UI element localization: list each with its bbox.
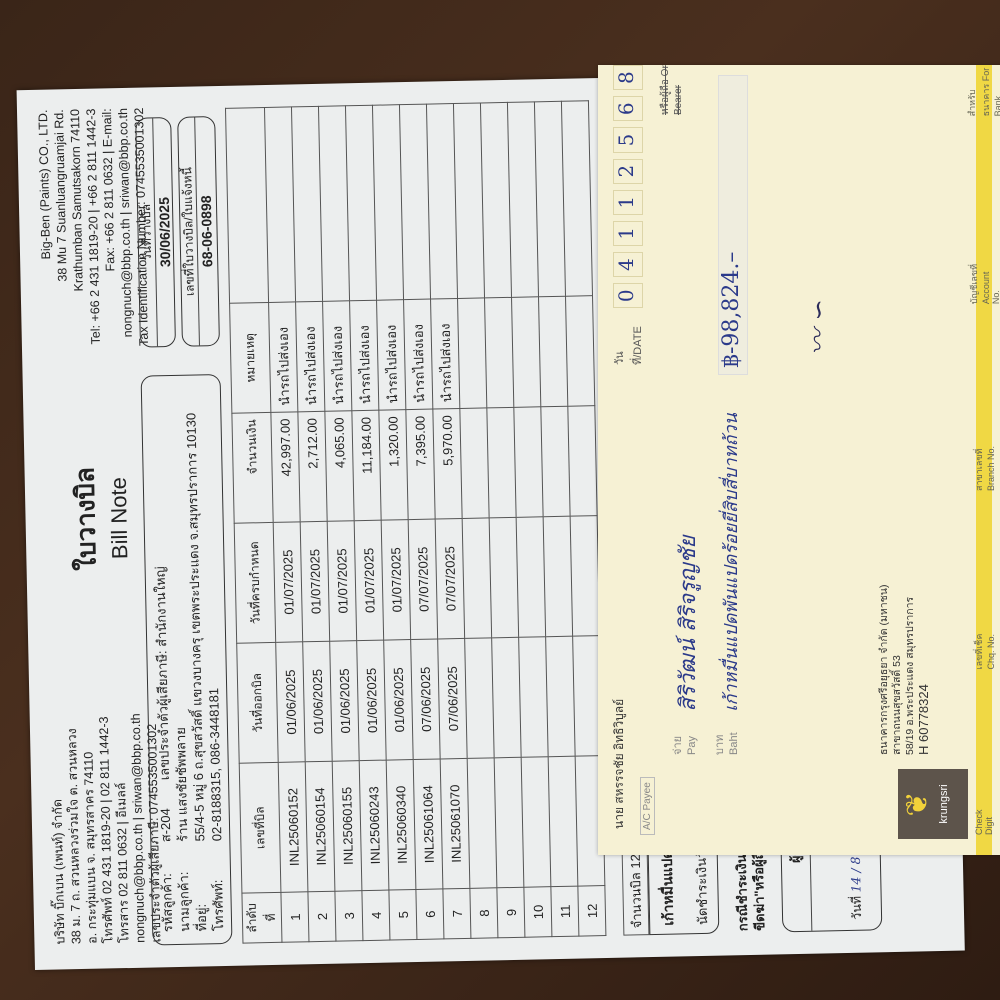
date-label: วันที่/DATE <box>610 314 646 365</box>
date-digit: 8 <box>613 65 643 90</box>
cell-no: 1 <box>281 892 309 943</box>
customer-info-box: รหัสลูกค้า: ส-204 เลขประจำตัวผู้เสียภาษี… <box>141 374 233 946</box>
cell-issued: 01/06/2025 <box>357 640 387 761</box>
cell-due: 07/07/2025 <box>408 519 438 640</box>
header-amount: จำนวนเงิน <box>232 412 273 523</box>
cell-note: นำรถไปส่งเอง <box>350 300 379 411</box>
cell-note: นำรถไปส่งเอง <box>404 299 433 410</box>
header-note: หมายเหตุ <box>230 302 271 413</box>
krungsri-logo: ❦ krungsri <box>898 769 968 839</box>
date-digit: 1 <box>613 221 643 246</box>
customer-phone: 02-8188315, 086-3448181 <box>205 688 225 842</box>
cell-empty <box>345 105 376 301</box>
cell-invoice: INL25060155 <box>332 761 362 892</box>
cell-amount: 4,065.00 <box>325 411 354 522</box>
cell-no: 6 <box>416 889 444 940</box>
pay-label: จ่าย Pay <box>668 715 698 755</box>
branch-line: ธนาคารกรุงศรีอยุธยา จำกัด (มหาชน) <box>878 585 891 755</box>
cell-empty <box>426 104 457 300</box>
cell-invoice: INL25060243 <box>359 760 389 891</box>
cheque-signature: 〰 ∽ <box>798 299 835 355</box>
date-digit: 2 <box>613 159 643 184</box>
header-invoice: เลขที่บิล <box>239 762 281 893</box>
cheque-pay-line: จ่าย Pay สิริวัฒน์ สิริจรูญชัย <box>668 536 705 755</box>
cell-empty <box>561 101 592 297</box>
customer-name-label: นามลูกค้า: <box>174 842 193 932</box>
cell-issued: 01/06/2025 <box>330 641 360 762</box>
cell-empty <box>453 103 484 299</box>
cell-issued: 01/06/2025 <box>276 642 306 763</box>
cell-due: 01/07/2025 <box>273 522 303 643</box>
header-issued: วันที่ออกบิล <box>237 642 279 763</box>
ac-payee-stamp: A/C Payee <box>640 777 655 835</box>
or-bearer-struck: หรือผู้ถือ Or Bearer <box>658 65 684 115</box>
cell-no: 4 <box>362 890 390 941</box>
stripe-label: บัญชีเลขที่ Account No. <box>967 256 1000 304</box>
cheque-bank-stripe: Check Digit เลขที่เช็ค Chq. No. สาขาเลขท… <box>976 65 992 855</box>
cell-amount: 2,712.00 <box>298 411 327 522</box>
stripe-label: Check Digit <box>974 809 994 835</box>
cell-invoice: INL25061064 <box>413 759 443 890</box>
cell-no: 12 <box>578 886 606 937</box>
date-digit: 6 <box>613 96 643 121</box>
cell-issued <box>492 637 522 758</box>
cell-no: 10 <box>524 887 552 938</box>
cell-amount <box>487 407 516 518</box>
cheque-body: นาย สหรรจชัย อิทธิวิบูลย์ A/C Payee จ่าย… <box>598 65 1000 855</box>
cell-invoice <box>548 756 578 887</box>
cell-note <box>512 297 541 408</box>
cell-empty <box>291 106 322 302</box>
cell-empty <box>399 104 430 300</box>
cheque-payer: นาย สหรรจชัย อิทธิวิบูลย์ <box>610 699 629 829</box>
cell-no: 7 <box>443 888 471 939</box>
cheque-date: วันที่/DATE 0 4 1 1 2 5 6 8 <box>610 65 646 365</box>
cell-no: 9 <box>497 887 525 938</box>
cell-issued <box>519 637 549 758</box>
cell-invoice <box>494 757 524 888</box>
cell-no: 2 <box>308 891 336 942</box>
cell-invoice <box>467 758 497 889</box>
cell-amount: 11,184.00 <box>352 410 381 521</box>
cell-amount: 1,320.00 <box>379 410 408 521</box>
header-no: ลำดับที่ <box>242 892 282 943</box>
date-label: วันที่ <box>850 896 864 920</box>
cheque-amount-words: เก้าหมื่นแปดพันแปดร้อยยี่สิบสี่บาทถ้วน <box>721 413 742 711</box>
bill-date-value: 30/06/2025 <box>153 118 176 346</box>
bill-date-box: วันที่วางบิล 30/06/2025 <box>135 117 176 348</box>
cell-issued: 01/06/2025 <box>303 641 333 762</box>
bill-number-box: เลขที่ใบวางบิล/ใบแจ้งหนี้ 68-06-0898 <box>177 116 220 347</box>
cell-invoice: INL25060154 <box>305 761 335 892</box>
cell-invoice: INL25061070 <box>440 758 470 889</box>
bill-number-value: 68-06-0898 <box>195 117 218 345</box>
invoice-table: ลำดับที่ เลขที่บิล วันที่ออกบิล วันที่คร… <box>225 100 606 943</box>
cell-no: 3 <box>335 891 363 942</box>
cheque-payee: สิริวัฒน์ สิริจรูญชัย <box>676 536 701 712</box>
bank-branch-info: ธนาคารกรุงศรีอยุธยา จำกัด (มหาชน) สาขาถน… <box>878 585 930 755</box>
cell-no: 8 <box>470 888 498 939</box>
cell-note <box>485 297 514 408</box>
title-thai: ใบวางบิล <box>64 438 108 599</box>
cell-invoice: INL25060340 <box>386 760 416 891</box>
cell-note <box>539 296 568 407</box>
cell-invoice: INL25060152 <box>278 762 308 893</box>
cell-due: 01/07/2025 <box>300 521 330 642</box>
date-digit: 5 <box>613 127 643 152</box>
cell-issued <box>546 636 576 757</box>
cell-amount: 5,970.00 <box>433 408 462 519</box>
cell-note: นำรถไปส่งเอง <box>269 302 298 413</box>
cell-amount: 42,997.00 <box>271 412 300 523</box>
cheque: นาย สหรรจชัย อิทธิวิบูลย์ A/C Payee จ่าย… <box>598 65 1000 855</box>
header-empty <box>225 108 268 304</box>
cell-amount <box>568 406 597 517</box>
cell-amount <box>514 407 543 518</box>
cell-empty <box>264 107 295 303</box>
cell-empty <box>372 105 403 301</box>
cell-amount: 7,395.00 <box>406 409 435 520</box>
phone-label: โทรศัพท์: <box>208 841 227 931</box>
cell-empty <box>534 101 565 297</box>
cheque-baht-line: บาท Baht เก้าหมื่นแปดพันแปดร้อยยี่สิบสี่… <box>710 413 745 755</box>
customer-code: ส-204 <box>157 808 175 842</box>
cell-invoice <box>521 757 551 888</box>
cell-empty <box>480 102 511 298</box>
cheque-amount: ฿-98,824.– <box>718 75 748 375</box>
cell-no: 5 <box>389 890 417 941</box>
bank-name: krungsri <box>938 769 950 839</box>
cell-due <box>570 516 600 637</box>
document-title: ใบวางบิล Bill Note <box>64 438 134 599</box>
cell-issued: 07/06/2025 <box>438 638 468 759</box>
date-digit: 1 <box>613 190 643 215</box>
baht-label: บาท Baht <box>710 715 740 755</box>
cell-due <box>462 518 492 639</box>
date-digit: 0 <box>613 283 643 308</box>
cell-note <box>566 296 595 407</box>
cell-amount <box>541 406 570 517</box>
header-due: วันที่ครบกำหนด <box>234 522 276 643</box>
cheque-serial: H 60778324 <box>917 585 930 755</box>
cell-amount <box>460 408 489 519</box>
cell-due <box>543 516 573 637</box>
cell-due <box>516 517 546 638</box>
title-english: Bill Note <box>105 438 134 599</box>
cell-issued: 07/06/2025 <box>411 639 441 760</box>
date-digit: 4 <box>613 252 643 277</box>
customer-code-label: รหัสลูกค้า: <box>157 842 176 932</box>
cell-issued: 01/06/2025 <box>384 640 414 761</box>
branch-line: สาขาถนนสุขสวัสดิ์ 53 <box>891 585 904 755</box>
address-label: ที่อยู่: <box>191 841 210 931</box>
cell-note: นำรถไปส่งเอง <box>323 301 352 412</box>
cell-note: นำรถไปส่งเอง <box>431 299 460 410</box>
cell-due: 01/07/2025 <box>354 520 384 641</box>
cell-no: 11 <box>551 886 579 937</box>
cell-due: 07/07/2025 <box>435 518 465 639</box>
krungsri-emblem-icon: ❦ <box>898 769 938 839</box>
cell-due: 01/07/2025 <box>381 520 411 641</box>
cell-due <box>489 517 519 638</box>
cell-empty <box>507 102 538 298</box>
cell-empty <box>318 106 349 302</box>
cell-due: 01/07/2025 <box>327 521 357 642</box>
cell-note <box>458 298 487 409</box>
stripe-label: สำหรับธนาคาร For Bank <box>965 65 1000 116</box>
cell-note: นำรถไปส่งเอง <box>296 301 325 412</box>
stripe-label: สาขาเลขที่ Branch No. <box>972 444 996 491</box>
cell-note: นำรถไปส่งเอง <box>377 300 406 411</box>
cell-issued <box>465 638 495 759</box>
stripe-label: เลขที่เช็ค Chq. No. <box>972 631 996 669</box>
